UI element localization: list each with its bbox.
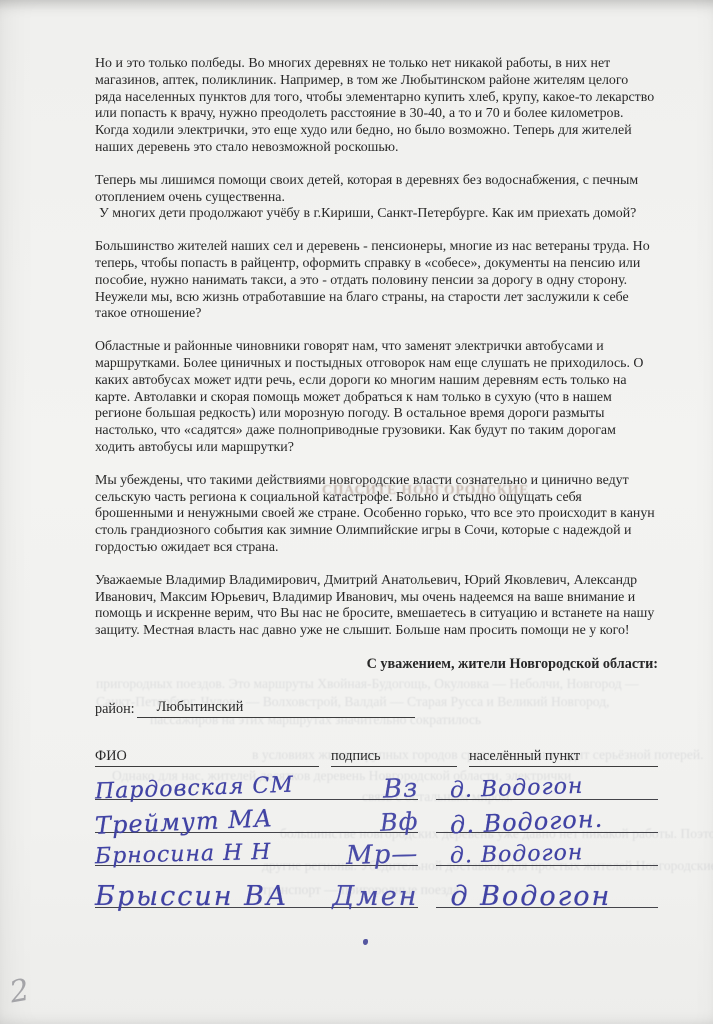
signature-row: Треймут МА Вф д. Водогон.: [95, 807, 658, 833]
signer-name: Пардовская СМ: [95, 776, 294, 803]
district-label: район:: [95, 701, 135, 718]
signer-settlement: д. Водогон: [450, 777, 584, 802]
district-row: район: Любытинский: [95, 699, 658, 718]
page-number: 2: [7, 973, 32, 1011]
column-header-settlement: населённый пункт: [469, 748, 658, 768]
signature-flourish: Вф: [380, 811, 419, 833]
signature-flourish: Вз: [383, 779, 419, 800]
ink-dot: [363, 939, 368, 945]
paragraph: Но и это только полбеды. Во многих дерев…: [95, 56, 658, 157]
column-header-signature: подпись: [331, 748, 457, 768]
signature-row: Брыссин ВА Дмен д Водогон: [95, 878, 658, 908]
paragraph: Большинство жителей наших сел и деревень…: [95, 239, 658, 323]
letter-body: Но и это только полбеды. Во многих дерев…: [95, 56, 658, 908]
signer-settlement: д Водогон: [450, 887, 611, 907]
column-header-fio: ФИО: [95, 748, 319, 768]
signer-settlement: д. Водогон: [450, 844, 584, 867]
scanned-letter-page: СПАСИТЕ НОВГОРОДСКИЕ пригородных поездов…: [0, 0, 713, 1024]
paragraph: У многих дети продолжают учёбу в г.Кириш…: [95, 206, 658, 223]
signature-flourish: Мр—: [346, 844, 419, 866]
paragraph: Областные и районные чиновники говорят н…: [95, 339, 658, 457]
district-value: Любытинский: [137, 699, 415, 718]
signer-name: Брносина Н Н: [95, 843, 272, 868]
signature-row: Пардовская СМ Вз д. Водогон: [95, 774, 658, 800]
signer-name: Треймут МА: [95, 808, 274, 836]
signer-name: Брыссин ВА: [95, 887, 288, 907]
signer-settlement: д. Водогон.: [450, 809, 604, 836]
paragraph: Мы убеждены, что такими действиями новго…: [95, 473, 658, 557]
signature-flourish: Дмен: [332, 887, 418, 907]
signature-row: Брносина Н Н Мр— д. Водогон: [95, 840, 658, 866]
paragraph: Теперь мы лишимся помощи своих детей, ко…: [95, 173, 658, 207]
paragraph: Уважаемые Владимир Владимирович, Дмитрий…: [95, 573, 658, 640]
signoff-line: С уважением, жители Новгородской области…: [95, 656, 658, 673]
signature-table: Пардовская СМ Вз д. Водогон Треймут МА В…: [95, 774, 658, 908]
signature-table-header: ФИО подпись населённый пункт: [95, 748, 658, 768]
